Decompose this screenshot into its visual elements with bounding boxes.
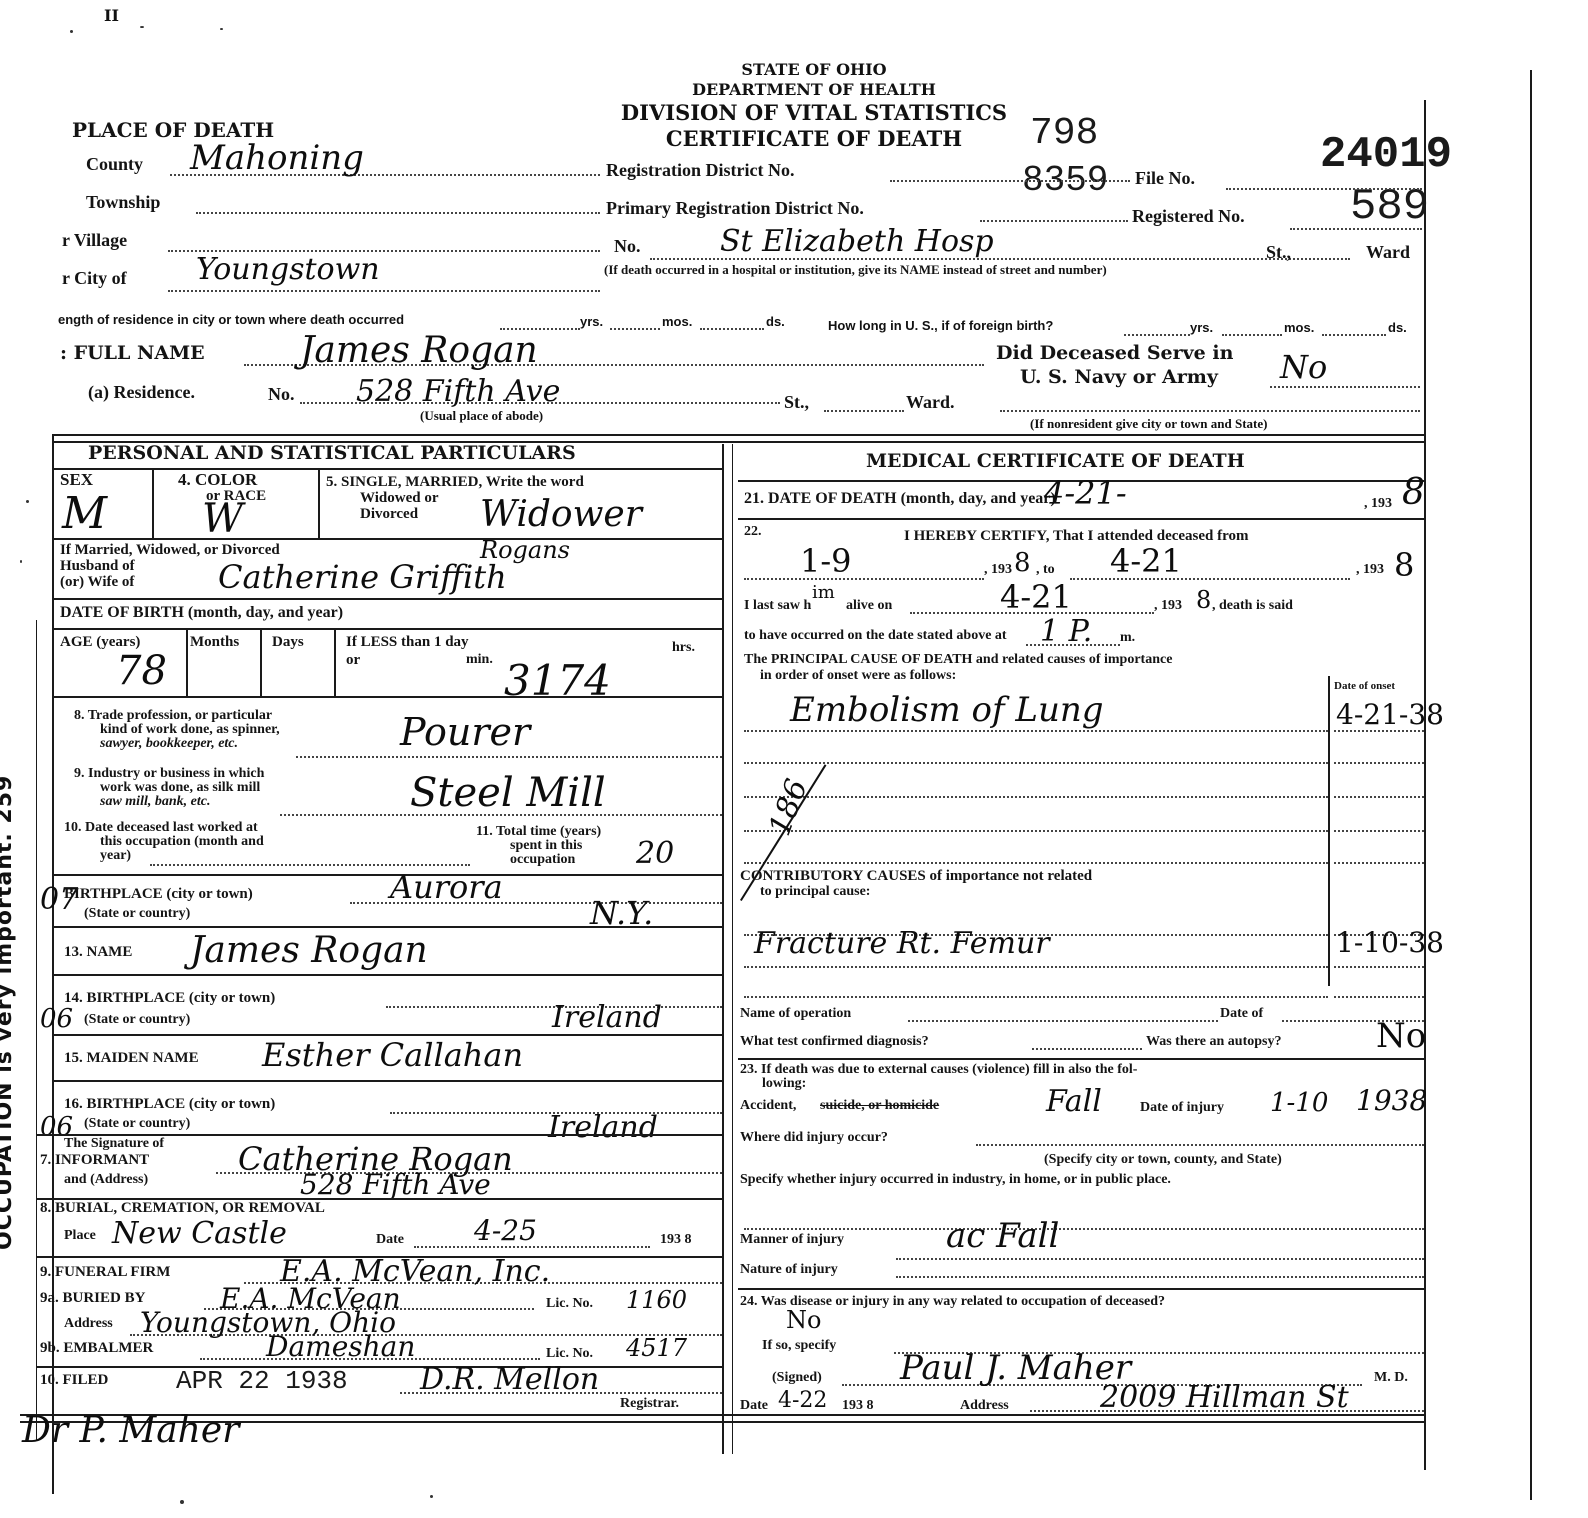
residence-mos: mos. [662, 314, 692, 329]
birthplace-state-label: (State or country) [84, 906, 190, 922]
buried-by-lic-value: 1160 [626, 1286, 687, 1314]
occurred-label: to have occurred on the date stated abov… [744, 628, 1007, 644]
sign-address-label: Address [960, 1398, 1009, 1414]
us-yrs: yrs. [1190, 320, 1213, 335]
buried-by-label: 9a. BURIED BY [40, 1290, 145, 1307]
registration-district-label: Registration District No. [606, 160, 794, 181]
attended-from-value: 1-9 [800, 542, 852, 580]
trade-value: Pourer [400, 710, 530, 754]
birthplace-label: BIRTHPLACE (city or town) [64, 886, 253, 903]
sign-year: 193 8 [842, 1398, 874, 1414]
autopsy-label: Was there an autopsy? [1146, 1034, 1281, 1050]
specify-injury-label: Specify whether injury occurred in indus… [740, 1172, 1171, 1188]
occupation-side-note: OCCUPATION is very important. 259 [0, 775, 17, 1250]
accident-label: Accident, [740, 1098, 796, 1114]
father-birthplace-state-label: (State or country) [84, 1012, 190, 1028]
trade-label-3: sawyer, bookkeeper, etc. [100, 736, 238, 752]
registrar-signature: D.R. Mellon [420, 1362, 599, 1397]
spouse-value: Catherine Griffith [218, 558, 507, 596]
served-value: No [1280, 348, 1327, 386]
occurred-time: 1 P. [1040, 614, 1092, 649]
nature-injury-label: Nature of injury [740, 1262, 838, 1278]
village-label: r Village [62, 230, 127, 251]
industry-label-3: saw mill, bank, etc. [100, 794, 210, 810]
signed-label: (Signed) [772, 1370, 822, 1386]
residence-label: (a) Residence. [88, 382, 195, 403]
mother-maiden-value: Esther Callahan [262, 1036, 523, 1074]
spouse-label-2: Husband of [60, 558, 135, 575]
mother-birthplace-label: 16. BIRTHPLACE (city or town) [64, 1096, 275, 1113]
days-label: Days [272, 634, 304, 651]
manner-injury-value: ac Fall [946, 1216, 1059, 1256]
autopsy-value: No [1376, 1016, 1426, 1056]
usual-place-note: (Usual place of abode) [420, 408, 543, 424]
death-said-label: , death is said [1212, 598, 1293, 614]
if-so-label: If so, specify [762, 1338, 836, 1354]
county-value: Mahoning [190, 138, 364, 178]
medical-section-title: MEDICAL CERTIFICATE OF DEATH [866, 450, 1245, 472]
buried-by-lic-label: Lic. No. [546, 1296, 593, 1312]
informant-address: 528 Fifth Ave [300, 1168, 491, 1201]
burial-year: 193 8 [660, 1232, 692, 1248]
filed-label: 10. FILED [40, 1372, 108, 1389]
embalmer-label: 9b. EMBALMER [40, 1340, 153, 1357]
sex-value: M [62, 488, 107, 539]
accident-value: Fall [1046, 1084, 1102, 1119]
industry-value: Steel Mill [410, 770, 606, 816]
burial-label: 8. BURIAL, CREMATION, OR REMOVAL [40, 1200, 325, 1217]
test-confirmed-label: What test confirmed diagnosis? [740, 1034, 929, 1050]
mother-birthplace-value: Ireland [548, 1110, 658, 1145]
buried-by-address-label: Address [64, 1316, 113, 1332]
marital-value: Widower [480, 494, 642, 535]
state-title: STATE OF OHIO [0, 60, 1588, 79]
last-saw-year-prefix: , 193 [1154, 598, 1182, 614]
father-birthplace-value: Ireland [552, 1000, 662, 1035]
dob-label: DATE OF BIRTH (month, day, and year) [60, 604, 343, 622]
burial-place-label: Place [64, 1228, 96, 1244]
m-label: m. [1120, 630, 1135, 646]
father-name-label: 13. NAME [64, 944, 132, 961]
sex-label: SEX [60, 470, 93, 490]
bottom-note: Dr P. Maher [22, 1410, 239, 1451]
contributory-cause-value: Fracture Rt. Femur [754, 926, 1050, 961]
residence-yrs: yrs. [580, 314, 603, 329]
injury-date-value: 1-10 [1270, 1088, 1328, 1118]
mother-maiden-label: 15. MAIDEN NAME [64, 1050, 199, 1067]
residence-no-label: No. [268, 384, 295, 405]
contributory-onset-value: 1-10-38 [1336, 926, 1444, 959]
registered-no-label: Registered No. [1132, 206, 1245, 227]
street-label: St., [1266, 242, 1291, 263]
manner-injury-label: Manner of injury [740, 1232, 844, 1248]
total-time-value: 20 [636, 836, 674, 871]
occupation-related-value: No [786, 1306, 821, 1334]
dod-year-value: 8 [1402, 472, 1425, 513]
operation-date-label: Date of [1220, 1006, 1263, 1022]
spouse-label-3: (or) Wife of [60, 574, 134, 591]
attended-to-year: 8 [1394, 546, 1414, 584]
md-label: M. D. [1374, 1370, 1408, 1386]
informant-label-3: and (Address) [64, 1172, 148, 1188]
full-name-label: : FULL NAME [60, 342, 205, 364]
nonresident-note: (If nonresident give city or town and St… [1030, 416, 1268, 432]
embalmer-value: Dameshan [266, 1330, 415, 1363]
length-of-residence-label: ength of residence in city or town where… [58, 312, 404, 327]
informant-label-2: 7. INFORMANT [40, 1152, 149, 1169]
ward-label: Ward [1366, 242, 1410, 263]
certify-label: I HEREBY CERTIFY, That I attended deceas… [904, 528, 1249, 545]
last-worked-label-3: year) [100, 848, 131, 864]
attended-from-year: 8 [1014, 548, 1031, 578]
funeral-firm-label: 9. FUNERAL FIRM [40, 1264, 170, 1281]
physician-signature: Paul J. Maher [900, 1348, 1131, 1388]
suicide-struck: suicide, or homicide [820, 1098, 939, 1114]
us-ds: ds. [1388, 320, 1407, 335]
marital-label-2: Widowed or [360, 490, 438, 507]
where-injury-note: (Specify city or town, county, and State… [1044, 1152, 1282, 1168]
contributory-label-2: to principal cause: [760, 884, 870, 900]
hospital-value: St Elizabeth Hosp [720, 224, 994, 259]
spouse-label-1: If Married, Widowed, or Divorced [60, 542, 280, 559]
residence-st-label: St., [784, 392, 809, 413]
age-value: 78 [116, 648, 167, 694]
attended-to-year-prefix: , 193 [1356, 562, 1384, 578]
us-mos: mos. [1284, 320, 1314, 335]
attended-from-year-prefix: , 193 [984, 562, 1012, 578]
embalmer-lic-value: 4517 [626, 1334, 687, 1362]
hospital-no-label: No. [614, 236, 641, 257]
attended-to-value: 4-21 [1110, 542, 1182, 580]
principal-cause-label-1: The PRINCIPAL CAUSE OF DEATH and related… [744, 652, 1172, 668]
city-value: Youngstown [196, 252, 380, 287]
last-saw-pronoun: im [812, 582, 835, 603]
informant-label-1: The Signature of [64, 1136, 164, 1152]
or-label: or [346, 652, 360, 669]
operation-label: Name of operation [740, 1006, 851, 1022]
last-saw-label: I last saw h [744, 598, 811, 614]
injury-year: 1938 [1356, 1084, 1427, 1117]
file-no-label: File No. [1135, 168, 1195, 189]
residence-value: 528 Fifth Ave [356, 374, 560, 409]
residence-ds: ds. [766, 314, 785, 329]
where-injury-label: Where did injury occur? [740, 1130, 888, 1146]
marital-label-3: Divorced [360, 506, 418, 523]
registrar-label: Registrar. [620, 1396, 679, 1412]
how-long-us-label: How long in U. S., if of foreign birth? [828, 318, 1053, 333]
dod-year-prefix: , 193 [1364, 496, 1392, 512]
contributory-label-1: CONTRIBUTORY CAUSES of importance not re… [740, 868, 1092, 885]
sign-date-label: Date [740, 1398, 768, 1414]
external-causes-label-2: lowing: [762, 1076, 806, 1092]
sign-address-value: 2009 Hillman St [1100, 1380, 1349, 1415]
corner-mark: II [104, 6, 119, 25]
principal-onset-value: 4-21-38 [1336, 698, 1444, 731]
city-label: r City of [62, 268, 127, 289]
stamp-798: 798 [1030, 112, 1098, 155]
burial-date-label: Date [376, 1232, 404, 1248]
birthplace-value: Aurora [390, 868, 503, 906]
color-value: W [202, 496, 243, 542]
color-label-1: 4. COLOR [178, 470, 257, 490]
less-than-label: If LESS than 1 day [346, 634, 469, 651]
residence-ward-label: Ward. [906, 392, 955, 413]
township-label: Township [86, 192, 160, 213]
primary-registration-label: Primary Registration District No. [606, 198, 864, 219]
marital-label-1: 5. SINGLE, MARRIED, Write the word [326, 474, 584, 491]
last-saw-date: 4-21 [1000, 578, 1072, 616]
injury-date-label: Date of injury [1140, 1100, 1224, 1116]
sign-date-value: 4-22 [778, 1388, 827, 1413]
min-label: min. [466, 652, 493, 668]
mother-birthplace-state-label: (State or country) [84, 1116, 190, 1132]
department-title: DEPARTMENT OF HEALTH [0, 80, 1588, 99]
full-name-value: James Rogan [300, 330, 538, 371]
onset-header: Date of onset [1334, 680, 1395, 692]
embalmer-lic-label: Lic. No. [546, 1346, 593, 1362]
father-name-value: James Rogan [190, 930, 428, 971]
to-label: , to [1036, 562, 1055, 578]
months-label: Months [190, 634, 239, 651]
date-of-death-label: 21. DATE OF DEATH (month, day, and year) [744, 490, 1056, 508]
last-saw-year: 8 [1196, 586, 1211, 614]
county-label: County [86, 154, 143, 175]
certify-number: 22. [744, 524, 762, 540]
alive-on-label: alive on [846, 598, 892, 614]
date-of-death-value: 4-21- [1044, 474, 1127, 512]
filed-stamp: APR 22 1938 [176, 1366, 348, 1396]
father-birthplace-code: 06 [40, 1004, 73, 1034]
served-label-2: U. S. Navy or Army [1020, 366, 1218, 388]
burial-date-value: 4-25 [474, 1214, 537, 1247]
file-number-stamp: 24019 [1320, 130, 1452, 180]
burial-place-value: New Castle [112, 1216, 287, 1251]
personal-section-title: PERSONAL AND STATISTICAL PARTICULARS [88, 442, 576, 464]
principal-cause-value: Embolism of Lung [790, 690, 1104, 730]
father-birthplace-label: 14. BIRTHPLACE (city or town) [64, 990, 275, 1007]
principal-cause-label-2: in order of onset were as follows: [760, 668, 956, 684]
total-time-label-3: occupation [510, 852, 575, 868]
hrs-label: hrs. [672, 640, 695, 656]
hospital-note: (If death occurred in a hospital or inst… [604, 262, 1107, 278]
served-label-1: Did Deceased Serve in [996, 342, 1233, 364]
